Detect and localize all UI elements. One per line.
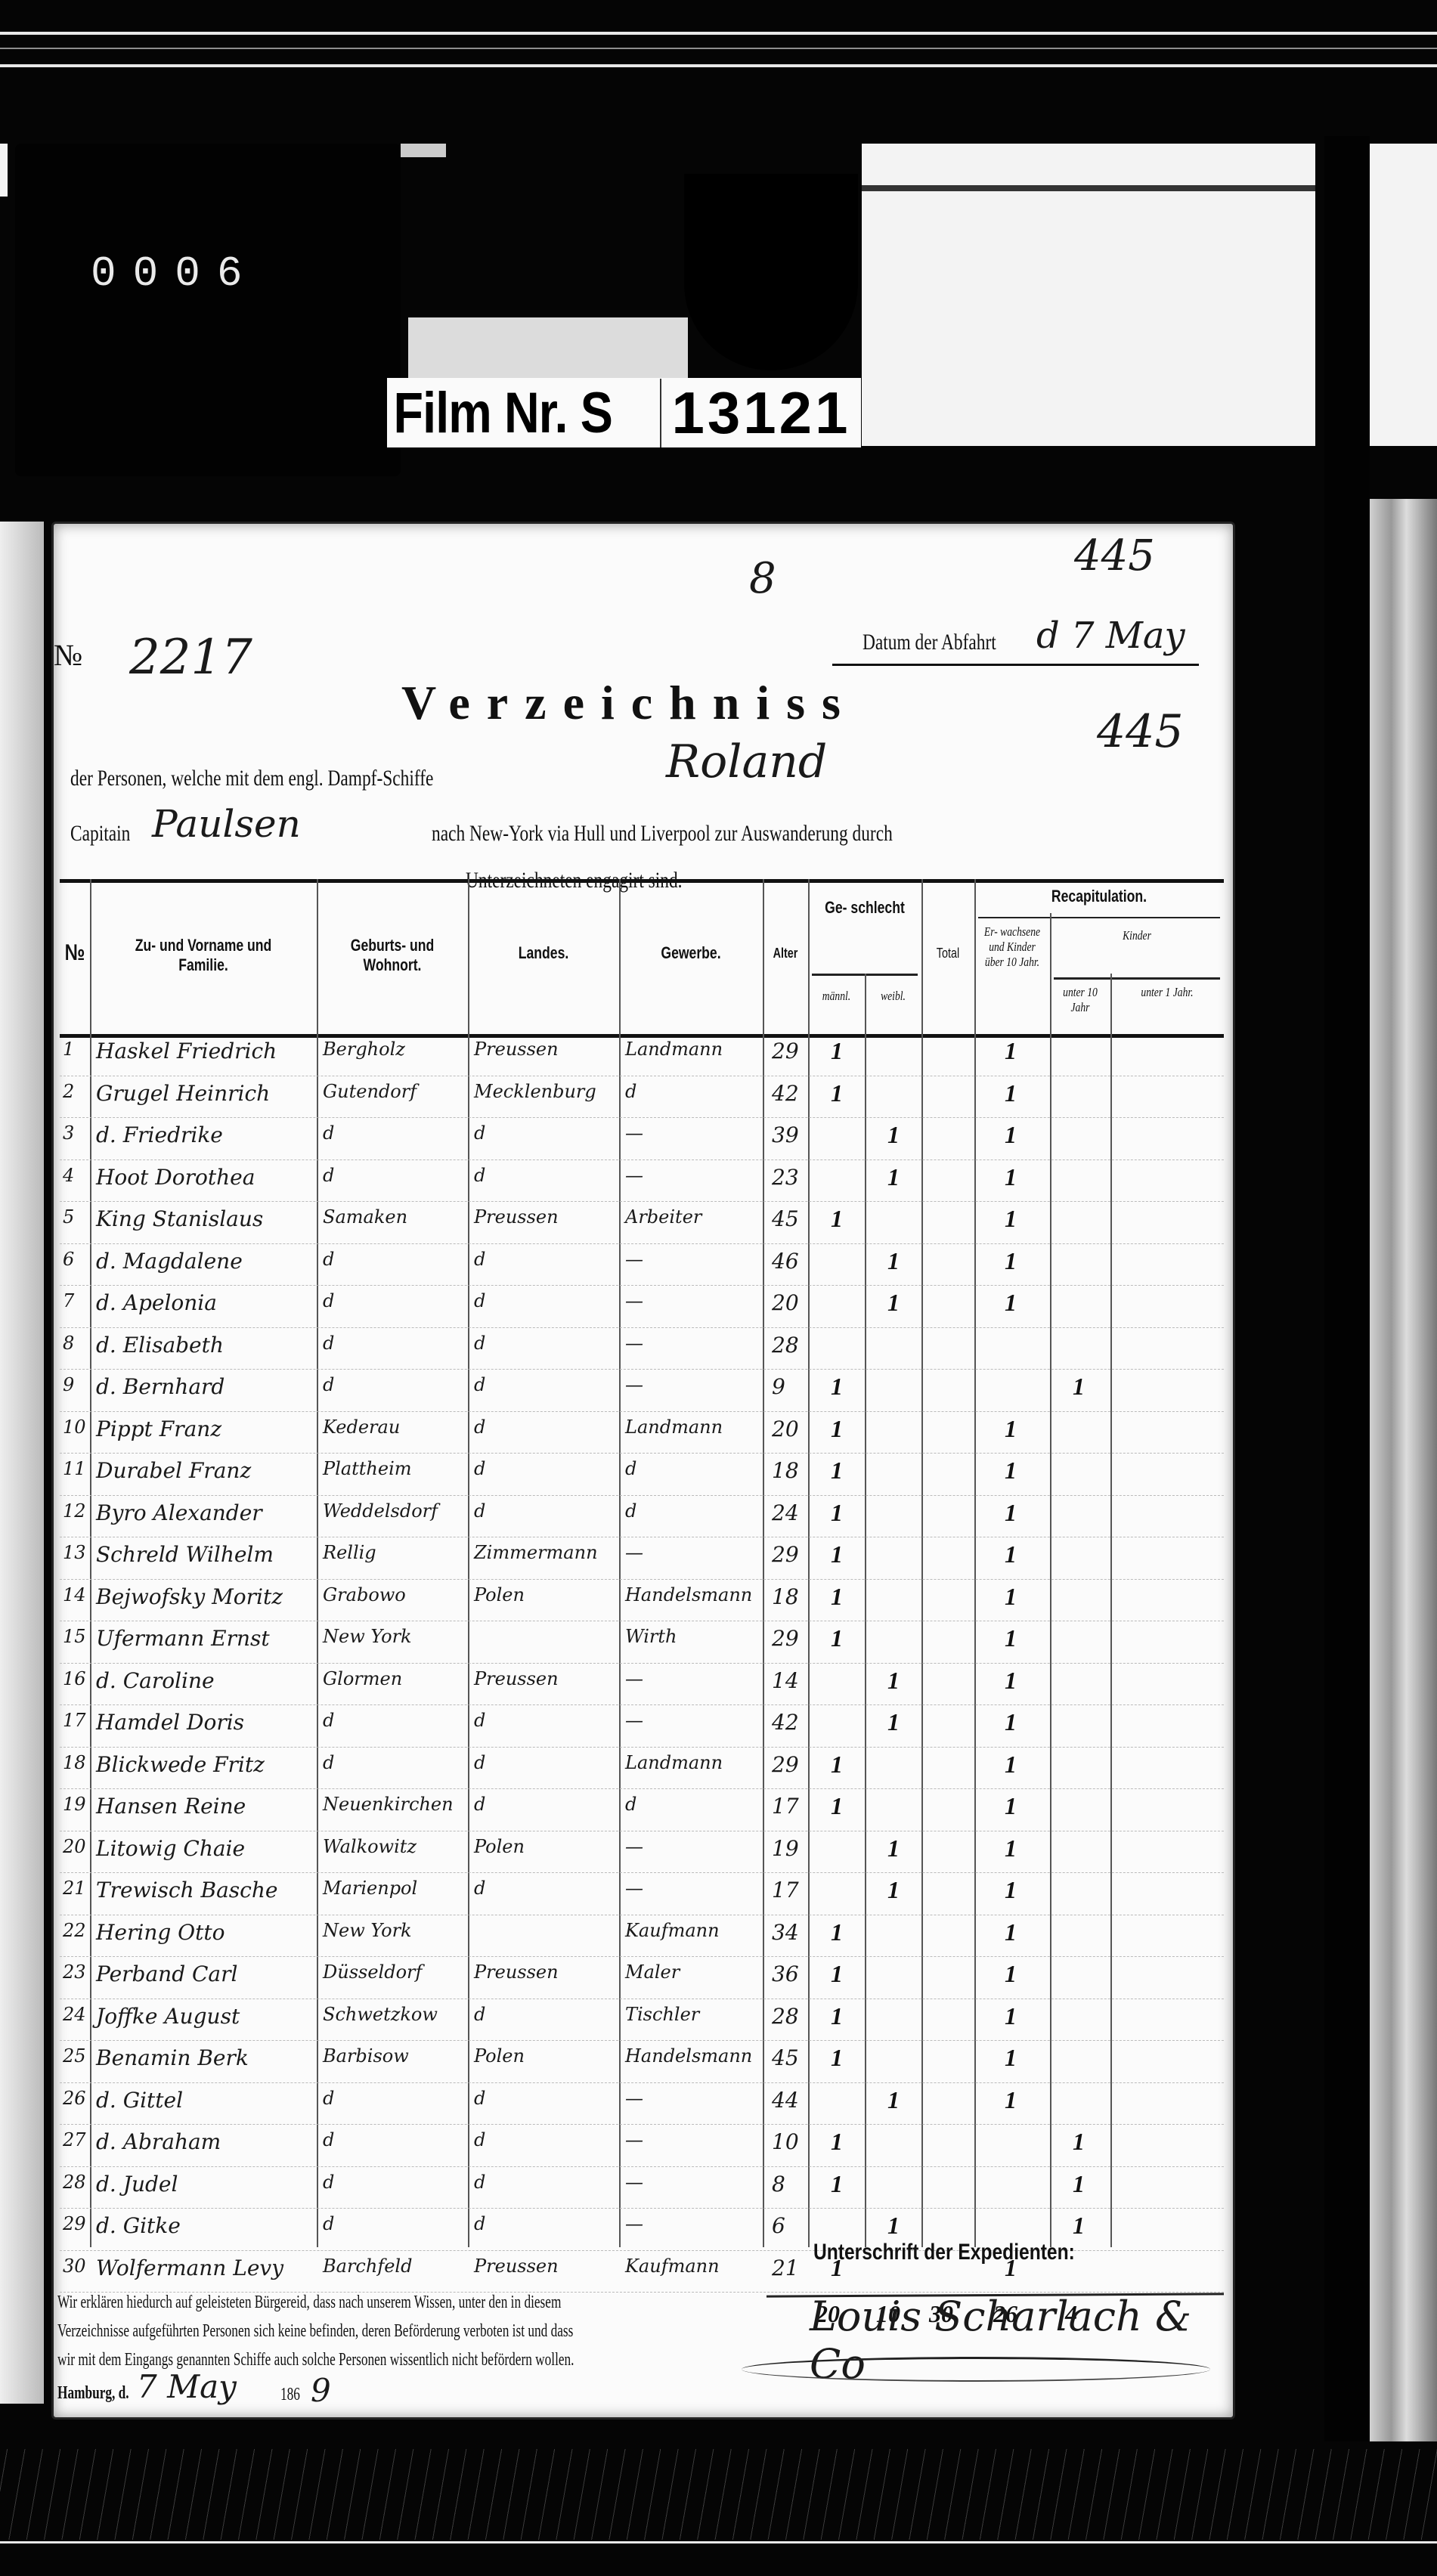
cell-age: 8 [772,2172,785,2197]
cell-trade: Wirth [625,1626,677,1647]
cell-no: 8 [63,1333,74,1354]
cell-country: d [474,1458,485,1479]
cell-birthplace: d [323,1333,334,1354]
cell-country: d [474,1249,485,1270]
table-row: 6d. Magdalenedd—4611 [60,1244,1224,1286]
header-age: Alter [767,943,804,963]
cell-country: Mecklenburg [474,1081,596,1102]
cell-adult: 1 [1005,1121,1017,1149]
cell-adult: 1 [1005,1751,1017,1779]
cell-male: 1 [831,1960,843,1988]
page-number-handwritten: 445 [1097,705,1184,758]
cell-adult: 1 [1005,1918,1017,1946]
cell-male: 1 [831,2044,843,2072]
cell-country: d [474,2172,485,2193]
cell-country: d [474,1752,485,1773]
cell-trade: Kaufmann [625,1920,720,1941]
cell-no: 11 [63,1458,86,1479]
cell-birthplace: Bergholz [323,1039,405,1060]
header-male: männl. [814,989,859,1004]
document-title: Verzeichniss [401,675,857,731]
cell-trade: — [625,2129,643,2150]
cell-male: 1 [831,1751,843,1779]
cell-name: d. Abraham [96,2129,221,2154]
table-row: 12Byro AlexanderWeddelsdorfdd2411 [60,1496,1224,1538]
cell-no: 3 [63,1122,74,1144]
table-row: 27d. Abrahamdd—1011 [60,2125,1224,2167]
table-row: 16d. CarolineGlormenPreussen—1411 [60,1664,1224,1706]
cell-female: 1 [887,2086,900,2114]
cell-trade: d [625,1794,636,1815]
cell-country: d [474,2004,485,2025]
cell-under10: 1 [1073,1373,1085,1401]
cell-under10: 1 [1073,2170,1085,2198]
cell-age: 9 [772,1374,785,1399]
cell-female: 1 [887,1289,900,1317]
header-no: № [63,943,87,963]
list-number-label: № [54,637,82,673]
year-prefix: 186 [280,2385,300,2405]
table-row: 11Durabel FranzPlattheimdd1811 [60,1454,1224,1496]
cell-trade: — [625,1374,643,1395]
cell-trade: Handelsmann [625,2045,752,2067]
declaration-line-3: wir mit dem Eingangs genannten Schiffe a… [57,2350,574,2370]
cell-country: d [474,1416,485,1438]
cell-age: 36 [772,1961,799,1986]
cell-adult: 1 [1005,1960,1017,1988]
cell-country: Polen [474,1584,525,1605]
cell-age: 18 [772,1584,799,1609]
cell-adult: 1 [1005,1247,1017,1275]
cell-birthplace: Düsseldorf [323,1961,422,1983]
header-sex: Ge- schlecht [819,898,910,918]
cell-birthplace: d [323,2088,334,2109]
cell-adult: 1 [1005,1079,1017,1107]
film-edge-line [0,2541,1437,2543]
cell-country: d [474,1165,485,1186]
cell-country: Preussen [474,1206,559,1228]
film-label-text: Film Nr. S [387,380,618,446]
cell-country: Preussen [474,1961,559,1983]
departure-date: d 7 May [1036,615,1185,657]
cell-male: 1 [831,1205,843,1233]
counter-block [15,144,401,476]
cell-male: 1 [831,1583,843,1611]
cell-adult: 1 [1005,1834,1017,1862]
cell-adult: 1 [1005,1457,1017,1485]
header-adults: Er- wachsene und Kinder über 10 Jahr. [982,924,1042,970]
cell-adult: 1 [1005,2002,1017,2030]
cell-trade: — [625,1290,643,1311]
cell-name: Blickwede Fritz [96,1752,265,1777]
cell-no: 13 [63,1542,86,1563]
cell-name: d. Apelonia [96,1290,217,1315]
cell-age: 17 [772,1878,799,1903]
cell-age: 34 [772,1920,799,1945]
header-rule [862,185,1315,191]
cell-no: 16 [63,1668,86,1689]
header-children: Kinder [1067,928,1206,943]
declaration-line-2: Verzeichnisse aufgeführten Personen sich… [57,2321,573,2342]
cell-female: 1 [887,1708,900,1736]
cell-age: 20 [772,1416,799,1441]
header-under10: unter 10 Jahr [1056,985,1104,1015]
cell-no: 28 [63,2172,86,2193]
cell-male: 1 [831,2170,843,2198]
cell-age: 29 [772,1752,799,1777]
cell-male: 1 [831,1918,843,1946]
cell-age: 29 [772,1626,799,1651]
cell-birthplace: Grabowo [323,1584,406,1605]
frame-counter: 0006 [91,249,259,298]
cell-trade: — [625,1878,643,1899]
cell-name: Grugel Heinrich [96,1081,270,1106]
cell-age: 17 [772,1794,799,1819]
cell-birthplace: Plattheim [323,1458,412,1479]
cell-trade: — [625,2088,643,2109]
cell-name: Trewisch Basche [96,1878,277,1903]
cell-trade: Kaufmann [625,2256,720,2277]
cell-age: 45 [772,2045,799,2070]
cell-name: d. Bernhard [96,1374,225,1399]
table-row: 1Haskel FriedrichBergholzPreussenLandman… [60,1034,1224,1076]
cell-birthplace: d [323,1290,334,1311]
table-row: 13Schreld WilhelmRelligZimmermann—2911 [60,1537,1224,1580]
cell-trade: — [625,1165,643,1186]
year-suffix: 9 [311,2372,331,2409]
cell-male: 1 [831,1540,843,1568]
cell-trade: — [625,1333,643,1354]
cell-birthplace: d [323,1752,334,1773]
cell-birthplace: Kederau [323,1416,400,1438]
intro-line-1: der Personen, welche mit dem engl. Dampf… [70,766,433,791]
cell-trade: Landmann [625,1752,723,1773]
cell-country: d [474,1878,485,1899]
cell-no: 27 [63,2129,86,2150]
cell-age: 29 [772,1039,799,1064]
cell-adult: 1 [1005,2086,1017,2114]
cell-country: d [474,1794,485,1815]
cell-name: d. Friedrike [96,1122,223,1147]
cell-age: 24 [772,1500,799,1525]
cell-birthplace: d [323,1249,334,1270]
cell-name: d. Judel [96,2172,178,2197]
cell-birthplace: Glormen [323,1668,402,1689]
table-row: 10Pippt FranzKederaudLandmann2011 [60,1412,1224,1454]
cell-trade: — [625,1122,643,1144]
cell-trade: — [625,1710,643,1731]
cell-female: 1 [887,1834,900,1862]
cell-female: 1 [887,1121,900,1149]
cell-adult: 1 [1005,1708,1017,1736]
table-row: 3d. Friedrikedd—3911 [60,1118,1224,1160]
cell-adult: 1 [1005,1289,1017,1317]
cell-adult: 1 [1005,1037,1017,1065]
cell-name: Ufermann Ernst [96,1626,270,1651]
cell-birthplace: Schwetzkow [323,2004,438,2025]
cell-birthplace: New York [323,1626,412,1647]
cell-age: 46 [772,1249,799,1274]
cell-age: 23 [772,1165,799,1190]
cell-male: 1 [831,1792,843,1820]
cell-adult: 1 [1005,1540,1017,1568]
table-header: № Zu- und Vorname und Familie. Geburts- … [60,879,1224,1038]
cell-age: 21 [772,2256,799,2280]
cell-no: 7 [63,1290,74,1311]
table-row: 15Ufermann ErnstNew YorkWirth2911 [60,1621,1224,1664]
cell-no: 20 [63,1836,86,1857]
cell-trade: — [625,1542,643,1563]
cell-name: Byro Alexander [96,1500,262,1525]
cell-name: Wolfermann Levy [96,2256,283,2280]
cell-trade: d [625,1458,636,1479]
cell-name: Pippt Franz [96,1416,221,1441]
cell-female: 1 [887,1667,900,1695]
cell-name: d. Caroline [96,1668,215,1693]
cell-male: 1 [831,1037,843,1065]
cell-age: 14 [772,1668,799,1693]
cell-name: Litowig Chaie [96,1836,245,1861]
cell-no: 26 [63,2088,86,2109]
table-row: 9d. Bernharddd—911 [60,1370,1224,1412]
cell-adult: 1 [1005,1499,1017,1527]
cell-birthplace: Walkowitz [323,1836,417,1857]
table-row: 26d. Gitteldd—4411 [60,2083,1224,2126]
cell-no: 18 [63,1752,86,1773]
cell-name: d. Magdalene [96,1249,243,1274]
cell-name: Perband Carl [96,1961,237,1986]
cell-female: 1 [887,2212,900,2240]
film-edge-line [0,64,1437,67]
cell-name: Durabel Franz [96,1458,251,1483]
cell-no: 5 [63,1206,74,1228]
cell-adult: 1 [1005,2044,1017,2072]
cell-trade: — [625,2172,643,2193]
cell-birthplace: d [323,1122,334,1144]
table-row: 28d. Judeldd—811 [60,2167,1224,2209]
header-under1: unter 1 Jahr. [1122,985,1212,1000]
cell-no: 30 [63,2256,86,2277]
cell-no: 12 [63,1500,86,1522]
cell-name: Benamin Berk [96,2045,249,2070]
signature-flourish [742,2357,1210,2382]
cell-birthplace: d [323,1165,334,1186]
microfilm-frame: 0006 Film Nr. S 13121 445 8 № 2217 Datum… [0,0,1437,2576]
table-row: 5King StanislausSamakenPreussenArbeiter4… [60,1202,1224,1244]
cell-trade: Landmann [625,1039,723,1060]
cell-country: d [474,1333,485,1354]
cell-female: 1 [887,1876,900,1904]
cell-adult: 1 [1005,1163,1017,1191]
cell-name: Hansen Reine [96,1794,246,1819]
cell-adult: 1 [1005,1624,1017,1652]
cell-trade: Arbeiter [625,1206,701,1228]
date-day-month: 7 May [137,2368,237,2405]
place-label: Hamburg, d. [57,2383,129,2404]
cell-female: 1 [887,1247,900,1275]
table-row: 20Litowig ChaieWalkowitzPolen—1911 [60,1831,1224,1874]
header-scrap [401,144,446,157]
adjacent-frame-strip [1361,499,1437,2441]
table-row: 17Hamdel Dorisdd—4211 [60,1705,1224,1748]
cell-country: Polen [474,1836,525,1857]
cell-country: Preussen [474,2256,559,2277]
signature-label: Unterschrift der Expedienten: [813,2240,1075,2265]
cell-no: 15 [63,1626,86,1647]
header-country: Landes. [483,943,604,963]
cell-age: 29 [772,1542,799,1567]
cell-birthplace: Gutendorf [323,1081,417,1102]
cell-no: 21 [63,1878,86,1899]
cell-birthplace: d [323,1374,334,1395]
left-adjacent-strip [0,522,44,2404]
header-name: Zu- und Vorname und Familie. [113,936,294,975]
cell-country: Zimmermann [474,1542,598,1563]
cell-trade: Tischler [625,2004,699,2025]
header-female: weibl. [871,989,916,1004]
cell-male: 1 [831,1373,843,1401]
cell-no: 23 [63,1961,86,1983]
cell-country: Preussen [474,1668,559,1689]
cell-male: 1 [831,1457,843,1485]
cell-age: 28 [772,1333,799,1358]
cell-name: Haskel Friedrich [96,1039,277,1064]
cell-no: 4 [63,1165,74,1186]
right-header-panel [1364,144,1437,446]
cell-adult: 1 [1005,1792,1017,1820]
cell-name: Schreld Wilhelm [96,1542,274,1567]
cell-birthplace: d [323,1710,334,1731]
cell-country: d [474,1374,485,1395]
cell-birthplace: New York [323,1920,412,1941]
cell-country: d [474,2088,485,2109]
cell-age: 10 [772,2129,799,2154]
header-total: Total [927,943,969,963]
cell-country: Polen [474,2045,525,2067]
passenger-list-page: 445 8 № 2217 Datum der Abfahrt d 7 May V… [51,522,1235,2420]
cell-country: d [474,1500,485,1522]
cell-birthplace: Neuenkirchen [323,1794,454,1815]
cell-under10: 1 [1073,2128,1085,2156]
table-row: 22Hering OttoNew YorkKaufmann3411 [60,1915,1224,1958]
cell-no: 1 [63,1039,74,1060]
cell-birthplace: d [323,2129,334,2150]
cell-male: 1 [831,2002,843,2030]
cell-name: d. Elisabeth [96,1333,224,1358]
cell-name: d. Gitke [96,2213,181,2238]
cell-birthplace: Weddelsdorf [323,1500,438,1522]
table-row: 19Hansen ReineNeuenkirchendd1711 [60,1789,1224,1831]
cell-country: d [474,2213,485,2234]
cell-trade: d [625,1081,636,1102]
cell-age: 44 [772,2088,799,2113]
cell-trade: Maler [625,1961,680,1983]
cell-birthplace: d [323,2213,334,2234]
cell-no: 10 [63,1416,86,1438]
cell-birthplace: Barchfeld [323,2256,412,2277]
cell-age: 45 [772,1206,799,1231]
table-row: 7d. Apeloniadd—2011 [60,1286,1224,1328]
cell-no: 2 [63,1081,74,1102]
cell-country: d [474,2129,485,2150]
cell-male: 1 [831,1415,843,1443]
header-recap: Recapitulation. [999,887,1199,906]
film-edge-line [0,32,1437,35]
cell-no: 29 [63,2213,86,2234]
cell-age: 19 [772,1836,799,1861]
departure-label: Datum der Abfahrt [863,630,996,655]
cell-country: d [474,1290,485,1311]
table-row: 8d. Elisabethdd—28 [60,1328,1224,1370]
film-number-label: Film Nr. S 13121 [387,378,861,447]
cell-trade: — [625,1249,643,1270]
ship-name: Roland [666,735,827,788]
cell-age: 28 [772,2004,799,2029]
film-grain-bottom [0,2449,1437,2540]
intro-line-2: nach New-York via Hull und Liverpool zur… [432,821,893,847]
cell-name: Hering Otto [96,1920,225,1945]
cell-name: Hamdel Doris [96,1710,244,1735]
cell-name: Hoot Dorothea [96,1165,255,1190]
cell-name: d. Gittel [96,2088,183,2113]
cell-birthplace: Samaken [323,1206,407,1228]
cell-country: d [474,1122,485,1144]
cell-no: 24 [63,2004,86,2025]
cell-name: King Stanislaus [96,1206,263,1231]
cell-birthplace: d [323,2172,334,2193]
recap-rule [978,917,1220,918]
table-row: 2Grugel HeinrichGutendorfMecklenburgd421… [60,1076,1224,1119]
cell-country: Preussen [474,1039,559,1060]
cell-female: 1 [887,1163,900,1191]
list-number: 2217 [129,630,252,686]
cell-male: 1 [831,1079,843,1107]
table-row: 18Blickwede FritzddLandmann2911 [60,1748,1224,1790]
left-edge-strip [0,144,8,197]
header-trade: Gewerbe. [633,943,748,963]
cell-adult: 1 [1005,1205,1017,1233]
cell-trade: — [625,1668,643,1689]
cell-trade: — [625,1836,643,1857]
cell-name: Joffke August [96,2004,240,2029]
page-number-top: 445 [1074,531,1155,581]
cell-adult: 1 [1005,1876,1017,1904]
half-moon-shape [684,174,858,370]
cell-name: Bejwofsky Moritz [96,1584,283,1609]
film-edge-line [0,48,1437,49]
cell-no: 19 [63,1794,86,1815]
cell-age: 6 [772,2213,785,2238]
captain-label: Capitain [70,821,130,847]
cell-age: 42 [772,1081,799,1106]
cell-country: d [474,1710,485,1731]
children-rule [1054,977,1220,980]
declaration-line-1: Wir erklären hiedurch auf geleisteten Bü… [57,2293,561,2313]
cell-age: 18 [772,1458,799,1483]
cell-no: 17 [63,1710,86,1731]
cell-no: 6 [63,1249,74,1270]
mark-8: 8 [749,554,776,603]
cell-male: 1 [831,1624,843,1652]
departure-rule [832,664,1199,666]
frame-divider [1324,136,1370,2441]
cell-no: 14 [63,1584,86,1605]
cell-male: 1 [831,1499,843,1527]
cell-no: 25 [63,2045,86,2067]
cell-trade: Landmann [625,1416,723,1438]
captain-name: Paulsen [152,802,301,846]
film-number: 13121 [660,379,862,447]
